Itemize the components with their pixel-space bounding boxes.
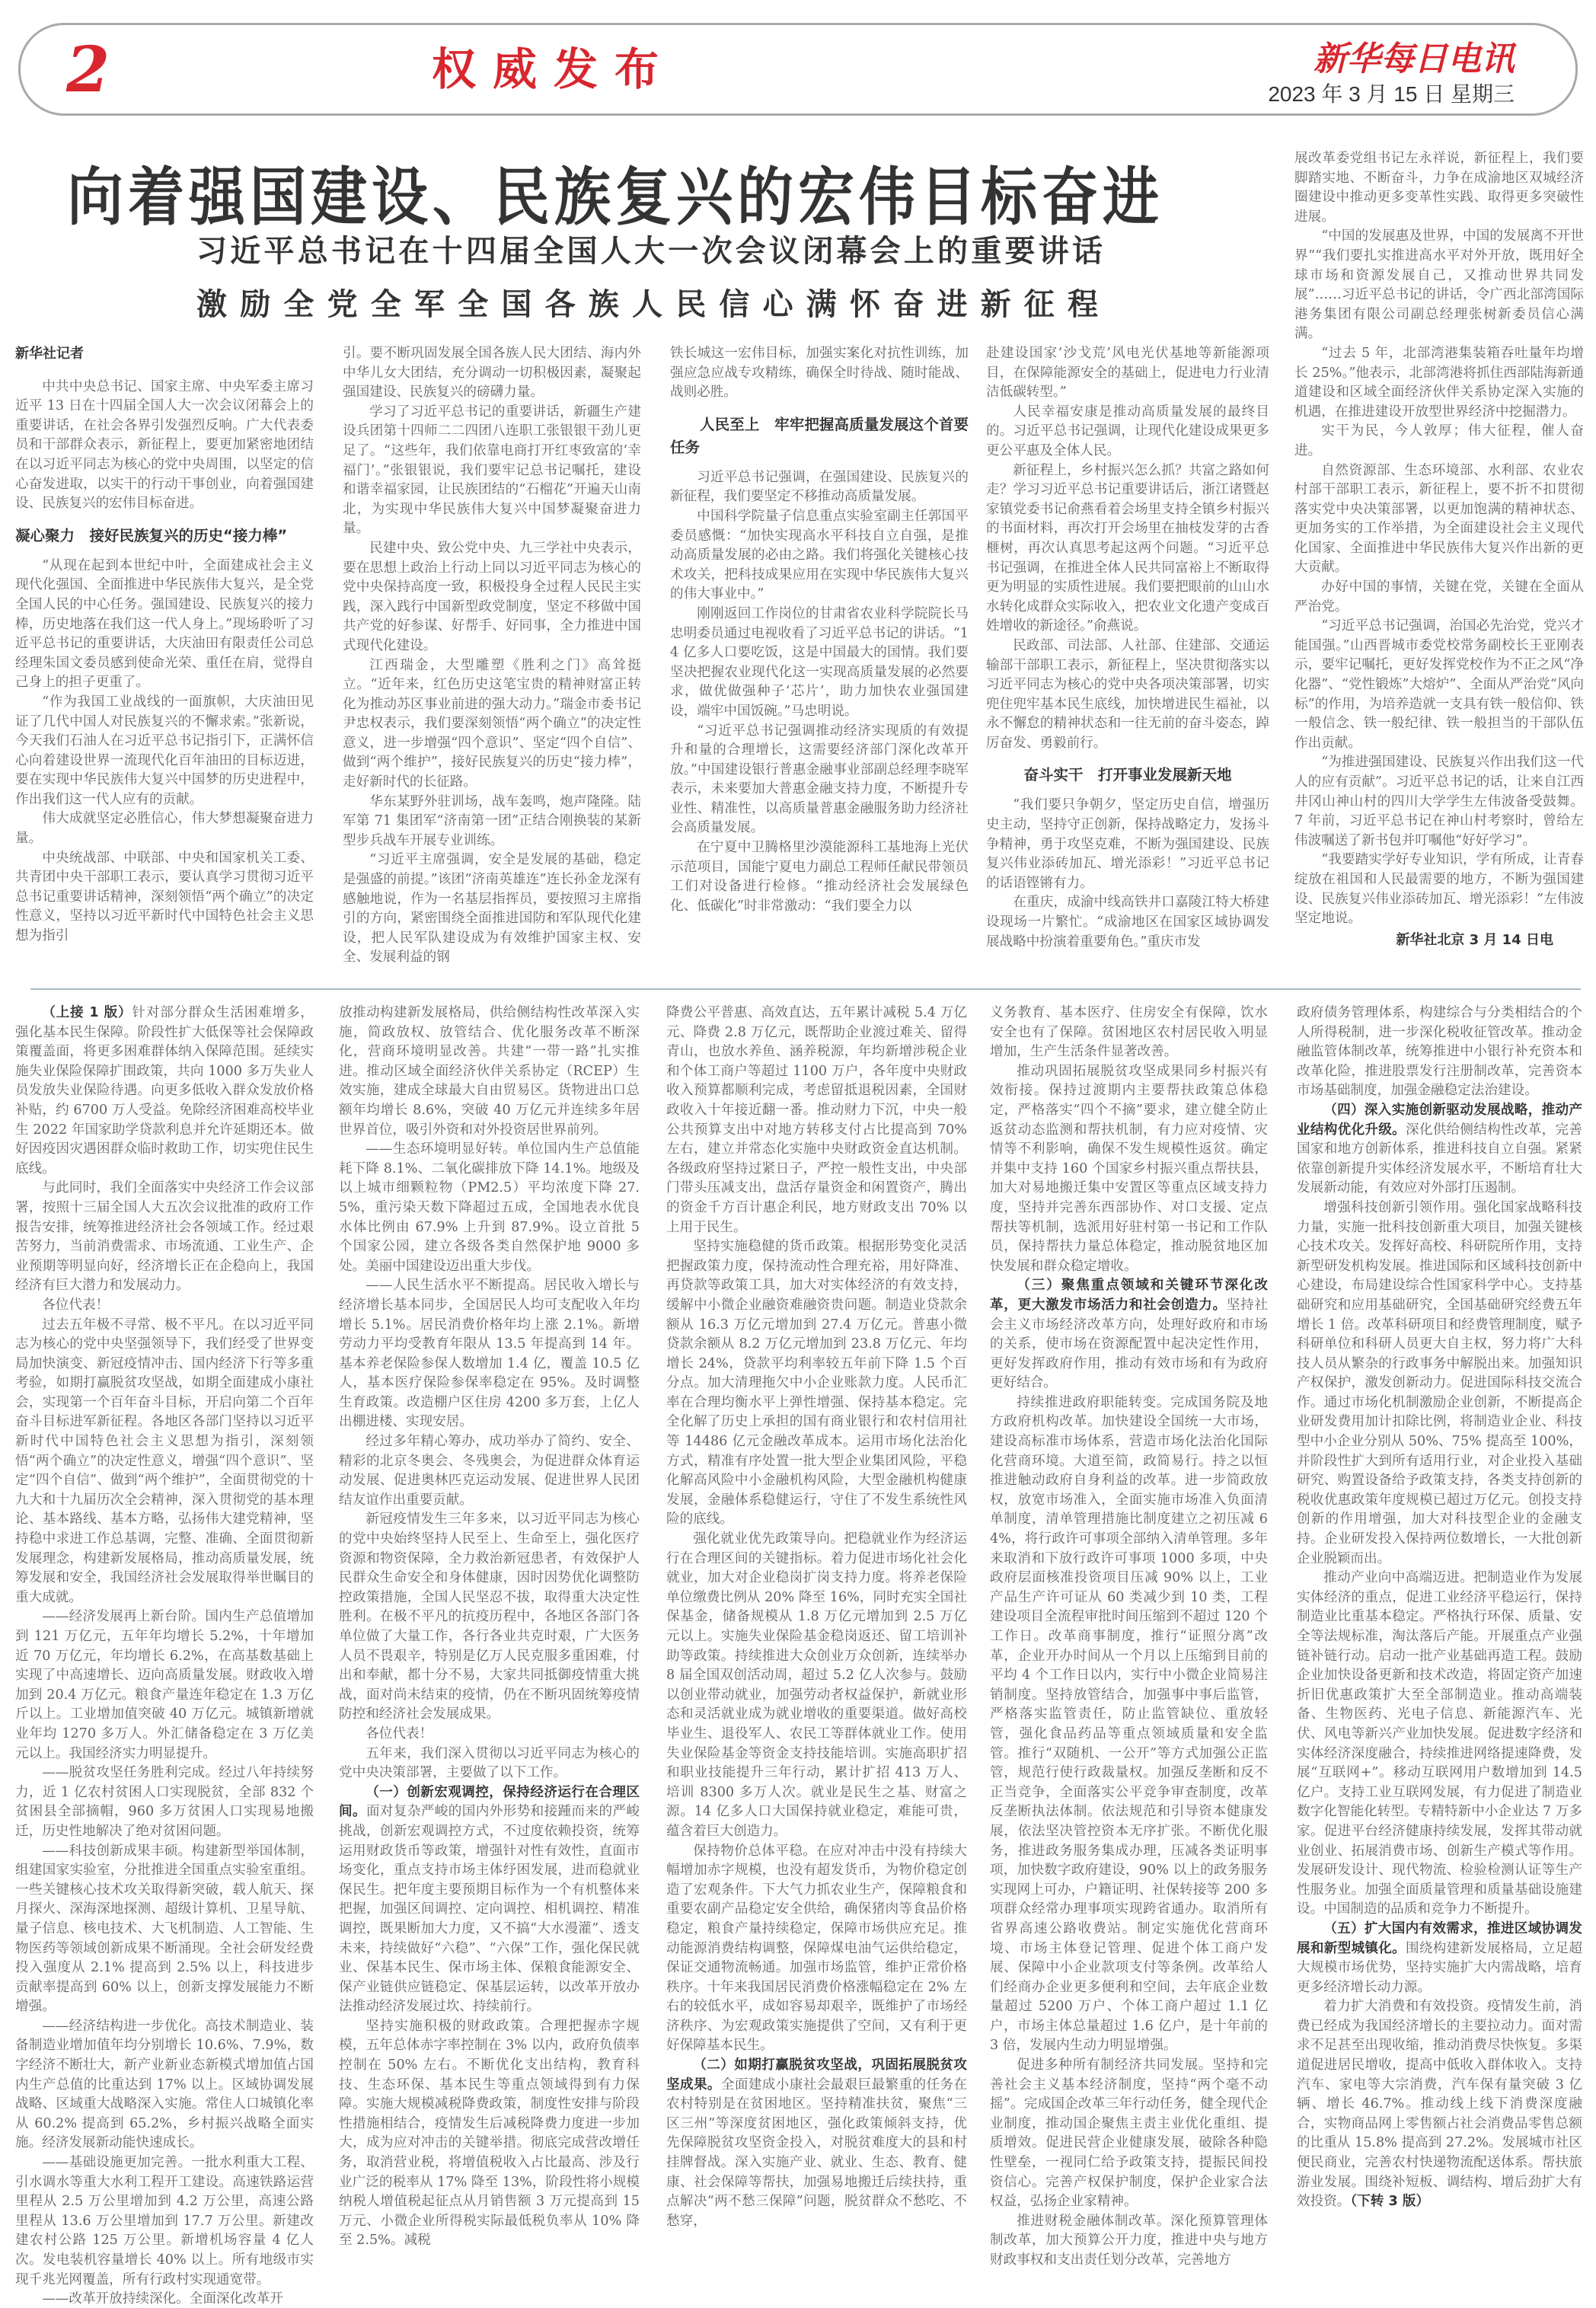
paragraph: 增强科技创新引领作用。强化国家战略科技力量，实施一批科技创新重大项目，加强关键核…: [1297, 1199, 1582, 1569]
paragraph: 过去五年极不寻常、极不平凡。在以习近平同志为核心的党中央坚强领导下，我们经受了世…: [15, 1316, 314, 1608]
paragraph: 江西瑞金，大型雕塑《胜利之门》高耸挺立。“近年来，红色历史这笔宝贵的精神财富正转…: [343, 656, 641, 793]
paragraph: 新冠疫情发生三年多来，以习近平同志为核心的党中央始终坚持人民至上、生命至上，强化…: [339, 1510, 640, 1725]
paragraph: 持续推进政府职能转变。完成国务院及地方政府机构改革。加快建设全国统一大市场，建设…: [990, 1393, 1268, 2056]
issue-date: 2023 年 3 月 15 日 星期三: [1268, 81, 1515, 107]
paragraph: 民政部、司法部、人社部、住建部、交通运输部干部职工表示，新征程上，坚决贯彻落实以…: [986, 637, 1269, 754]
paragraph: 政府债务管理体系，构建综合与分类相结合的个人所得税制，进一步深化税收征管改革。推…: [1297, 1004, 1582, 1101]
paragraph: 中共中央总书记、国家主席、中央军委主席习近平 13 日在十四届全国人大一次会议闭…: [15, 378, 314, 514]
paragraph: “习近平总书记强调推动经济实现质的有效提升和量的合理增长，这需要经济部门深化改革…: [670, 722, 969, 839]
article-column-1: 新华社记者 中共中央总书记、国家主席、中央军委主席习近平 13 日在十四届全国人…: [15, 344, 314, 947]
paragraph: 中央统战部、中联部、中央和国家机关工委、共青团中央干部职工表示，要认真学习贯彻习…: [15, 849, 314, 947]
paragraph: 中国科学院量子信息重点实验室副主任郭国平委员感慨：“加快实现高水平科技自立自强，…: [670, 507, 969, 605]
paragraph: “为推进强国建设、民族复兴作出我们这一代人的应有贡献”。习近平总书记的话，让来自…: [1294, 753, 1584, 851]
paragraph: 伟大成就坚定必胜信心，伟大梦想凝聚奋进力量。: [15, 809, 314, 848]
subheadline-1: 习近平总书记在十四届全国人大一次会议闭幕会上的重要讲话: [196, 231, 1103, 271]
paragraph: ——科技创新成果丰硕。构建新型举国体制，组建国家实验室，分批推进全国重点实验室重…: [15, 1842, 314, 2017]
paragraph: 促进多种所有制经济共同发展。坚持和完善社会主义基本经济制度，坚持“两个毫不动摇”…: [990, 2056, 1268, 2212]
paragraph: “习近平总书记强调，治国必先治党，党兴才能国强。”山西晋城市委党校常务副校长王亚…: [1294, 617, 1584, 753]
paragraph: ——基础设施更加完善。一批水利重大工程、引水调水等重大水利工程开工建设。高速铁路…: [15, 2153, 314, 2290]
paragraph: ——生态环境明显好转。单位国内生产总值能耗下降 8.1%、二氧化碳排放下降 14…: [339, 1140, 640, 1276]
paragraph: 引。要不断巩固发展全国各族人民大团结、海内外中华儿女大团结，充分调动一切积极因素…: [343, 344, 641, 403]
paragraph: 保持物价总体平稳。在应对冲击中没有持续大幅增加赤字规模，也没有超发货币，为物价稳…: [666, 1842, 967, 2057]
paragraph: 放推动构建新发展格局，供给侧结构性改革深入实施，简政放权、放管结合、优化服务改革…: [339, 1004, 640, 1140]
paragraph: （四）深入实施创新驱动发展战略，推动产业结构优化升级。深化供给侧结构性改革，完善…: [1297, 1101, 1582, 1199]
article-column-3: 铁长城这一宏伟目标，加强实案化对抗性训练，加强应急应战专攻精练，确保全时待战、随…: [670, 344, 969, 916]
article-column-2: 引。要不断巩固发展全国各族人民大团结、海内外中华儿女大团结，充分调动一切积极因素…: [343, 344, 641, 968]
paragraph: 坚持实施积极的财政政策。合理把握赤字规模，五年总体赤字率控制在 3% 以内，政府…: [339, 2017, 640, 2251]
paragraph: 华东某野外驻训场，战车轰鸣，炮声隆隆。陆军第 71 集团军“济南第一团”正结合刚…: [343, 793, 641, 851]
paragraph: “我们要只争朝夕，坚定历史自信，增强历史主动，坚持守正创新，保持战略定力，发扬斗…: [986, 796, 1269, 893]
paragraph: 各位代表！: [15, 1296, 314, 1316]
main-headline: 向着强国建设、民族复兴的宏伟目标奋进: [67, 158, 1255, 237]
paragraph: 新征程上，乡村振兴怎么抓？共富之路如何走？学习习近平总书记重要讲话后，浙江诸暨赵…: [986, 461, 1269, 637]
continued-on-label: （下转 3 版）: [1350, 2194, 1429, 2209]
paragraph: “习近平主席强调，安全是发展的基础，稳定是强盛的前提。”该团“济南英雄连”连长孙…: [343, 851, 641, 968]
paragraph: ——经济发展再上新台阶。国内生产总值增加到 121 万亿元，五年年均增长 5.2…: [15, 1607, 314, 1764]
paragraph: （上接 1 版）针对部分群众生活困难增多，强化基本民生保障。阶段性扩大低保等社会…: [15, 1004, 314, 1179]
paragraph: 人民幸福安康是推动高质量发展的最终目的。习近平总书记强调，让现代化建设成果更多更…: [986, 403, 1269, 461]
newspaper-logo: 新华每日电讯: [1268, 39, 1515, 80]
section-subheading: 奋斗实干 打开事业发展新天地: [986, 764, 1269, 787]
section-title: 权威发布: [432, 39, 675, 100]
paragraph: （一）创新宏观调控，保持经济运行在合理区间。面对复杂严峻的国内外形势和接踵而来的…: [339, 1783, 640, 2017]
paragraph: “我要踏实学好专业知识，学有所成，让青春绽放在祖国和人民最需要的地方，不断为强国…: [1294, 851, 1584, 928]
paragraph: 强化就业优先政策导向。把稳就业作为经济运行在合理区间的关键指标。着力促进市场化社…: [666, 1530, 967, 1842]
article-column-5: 展改革委党组书记左永祥说，新征程上，我们要脚踏实地、不断奋斗，力争在成渝地区双城…: [1294, 149, 1584, 950]
paragraph: 习近平总书记强调，在强国建设、民族复兴的新征程，我们要坚定不移推动高质量发展。: [670, 468, 969, 507]
paragraph: 坚持实施稳健的货币政策。根据形势变化灵活把握政策力度，保持流动性合理充裕，用好降…: [666, 1237, 967, 1530]
paragraph: 推进财税金融体制改革。深化预算管理体制改革，加大预算公开力度，推进中央与地方财政…: [990, 2212, 1268, 2271]
paragraph: 义务教育、基本医疗、住房安全有保障，饮水安全也有了保障。贫困地区农村居民收入明显…: [990, 1004, 1268, 1062]
paragraph: 与此同时，我们全面落实中央经济工作会议部署，按照十三届全国人大五次会议批准的政府…: [15, 1179, 314, 1296]
paragraph: 着力扩大消费和有效投资。疫情发生前，消费已经成为我国经济增长的主要拉动力。面对需…: [1297, 1997, 1582, 2212]
report-column-1: （上接 1 版）针对部分群众生活困难增多，强化基本民生保障。阶段性扩大低保等社会…: [15, 1004, 314, 2308]
section-subheading: 凝心聚力 接好民族复兴的历史“接力棒”: [15, 525, 314, 547]
report-column-3: 降费公平普惠、高效直达，五年累计减税 5.4 万亿元、降费 2.8 万亿元，既帮…: [666, 1004, 967, 2231]
subheadline-2: 激励全党全军全国各族人民信心满怀奋进新征程: [196, 285, 1103, 324]
paragraph: 经过多年精心筹办，成功举办了简约、安全、精彩的北京冬奥会、冬残奥会，为促进群众体…: [339, 1432, 640, 1510]
byline: 新华社记者: [15, 344, 314, 364]
report-column-5: 政府债务管理体系，构建综合与分类相结合的个人所得税制，进一步深化税收征管改革。推…: [1297, 1004, 1582, 2212]
paragraph: ——改革开放持续深化。全面深化改革开: [15, 2290, 314, 2308]
dateline: 新华社北京 3 月 14 日电: [1294, 931, 1584, 950]
paragraph: 推动巩固拓展脱贫攻坚成果同乡村振兴有效衔接。保持过渡期内主要帮扶政策总体稳定，严…: [990, 1062, 1268, 1277]
paragraph: 降费公平普惠、高效直达，五年累计减税 5.4 万亿元、降费 2.8 万亿元，既帮…: [666, 1004, 967, 1237]
paragraph: 自然资源部、生态环境部、水利部、农业农村部干部职工表示，新征程上，要不折不扣贯彻…: [1294, 461, 1584, 579]
article-column-4: 赴建设国家‘沙戈荒’风电光伏基地等新能源项目，在保障能源安全的基础上，促进电力行…: [986, 344, 1269, 952]
paragraph: 办好中国的事情，关键在党，关键在全面从严治党。: [1294, 578, 1584, 617]
paragraph: ——人民生活水平不断提高。居民收入增长与经济增长基本同步，全国居民人均可支配收入…: [339, 1276, 640, 1432]
paragraph: ——经济结构进一步优化。高技术制造业、装备制造业增加值年均分别增长 10.6%、…: [15, 2017, 314, 2153]
paragraph: 铁长城这一宏伟目标，加强实案化对抗性训练，加强应急应战专攻精练，确保全时待战、随…: [670, 344, 969, 403]
paragraph: “过去 5 年，北部湾港集装箱吞吐量年均增长 25%。”他表示，北部湾港将抓住西…: [1294, 344, 1584, 422]
paragraph: “作为我国工业战线的一面旗帜，大庆油田见证了几代中国人对民族复兴的不懈求索。”张…: [15, 693, 314, 810]
paragraph: 各位代表！: [339, 1725, 640, 1745]
brand-block: 新华每日电讯 2023 年 3 月 15 日 星期三: [1268, 39, 1515, 107]
paragraph: 推动产业向中高端迈进。把制造业作为发展实体经济的重点，促进工业经济平稳运行，保持…: [1297, 1569, 1582, 1920]
paragraph: 展改革委党组书记左永祥说，新征程上，我们要脚踏实地、不断奋斗，力争在成渝地区双城…: [1294, 149, 1584, 227]
paragraph: 学习了习近平总书记的重要讲话，新疆生产建设兵团第十四师二二四团八连职工张银银干劲…: [343, 403, 641, 539]
section-subheading: 人民至上 牢牢把握高质量发展这个首要任务: [670, 413, 969, 459]
paragraph: 实干为民，今人敦厚；伟大征程，催人奋进。: [1294, 422, 1584, 461]
paragraph: 赴建设国家‘沙戈荒’风电光伏基地等新能源项目，在保障能源安全的基础上，促进电力行…: [986, 344, 1269, 403]
paragraph: “中国的发展惠及世界，中国的发展离不开世界”“我们要扎实推进高水平对外开放，既用…: [1294, 227, 1584, 344]
report-column-2: 放推动构建新发展格局，供给侧结构性改革深入实施，简政放权、放管结合、优化服务改革…: [339, 1004, 640, 2251]
paragraph: ——脱贫攻坚任务胜利完成。经过八年持续努力，近 1 亿农村贫困人口实现脱贫，全部…: [15, 1764, 314, 1841]
paragraph: （二）如期打赢脱贫攻坚战，巩固拓展脱贫攻坚成果。全面建成小康社会最艰巨最繁重的任…: [666, 2056, 967, 2231]
paragraph: （五）扩大国内有效需求，推进区域协调发展和新型城镇化。围绕构建新发展格局，立足超…: [1297, 1920, 1582, 1997]
continued-from-label: （上接 1 版）: [42, 1005, 132, 1020]
paragraph: （三）聚焦重点领域和关键环节深化改革，更大激发市场活力和社会创造力。坚持社会主义…: [990, 1276, 1268, 1393]
paragraph: “从现在起到本世纪中叶，全面建成社会主义现代化强国、全面推进中华民族伟大复兴，是…: [15, 557, 314, 693]
paragraph: 刚刚返回工作岗位的甘肃省农业科学院院长马忠明委员通过电视收看了习近平总书记的讲话…: [670, 605, 969, 722]
paragraph: 五年来，我们深入贯彻以习近平同志为核心的党中央决策部署，主要做了以下工作。: [339, 1745, 640, 1783]
paragraph: 在宁夏中卫腾格里沙漠能源科工基地海上光伏示范项目，国能宁夏电力副总工程师任献民带…: [670, 838, 969, 916]
paragraph: 在重庆，成渝中线高铁井口嘉陵江特大桥建设现场一片繁忙。“成渝地区在国家区域协调发…: [986, 893, 1269, 952]
masthead: 2 权威发布 新华每日电讯 2023 年 3 月 15 日 星期三: [18, 23, 1578, 116]
section-divider: [30, 988, 1581, 990]
paragraph: 民建中央、致公党中央、九三学社中央表示，要在思想上政治上行动上同以习近平同志为核…: [343, 539, 641, 656]
report-column-4: 义务教育、基本医疗、住房安全有保障，饮水安全也有了保障。贫困地区农村居民收入明显…: [990, 1004, 1268, 2271]
page-number: 2: [66, 36, 110, 104]
